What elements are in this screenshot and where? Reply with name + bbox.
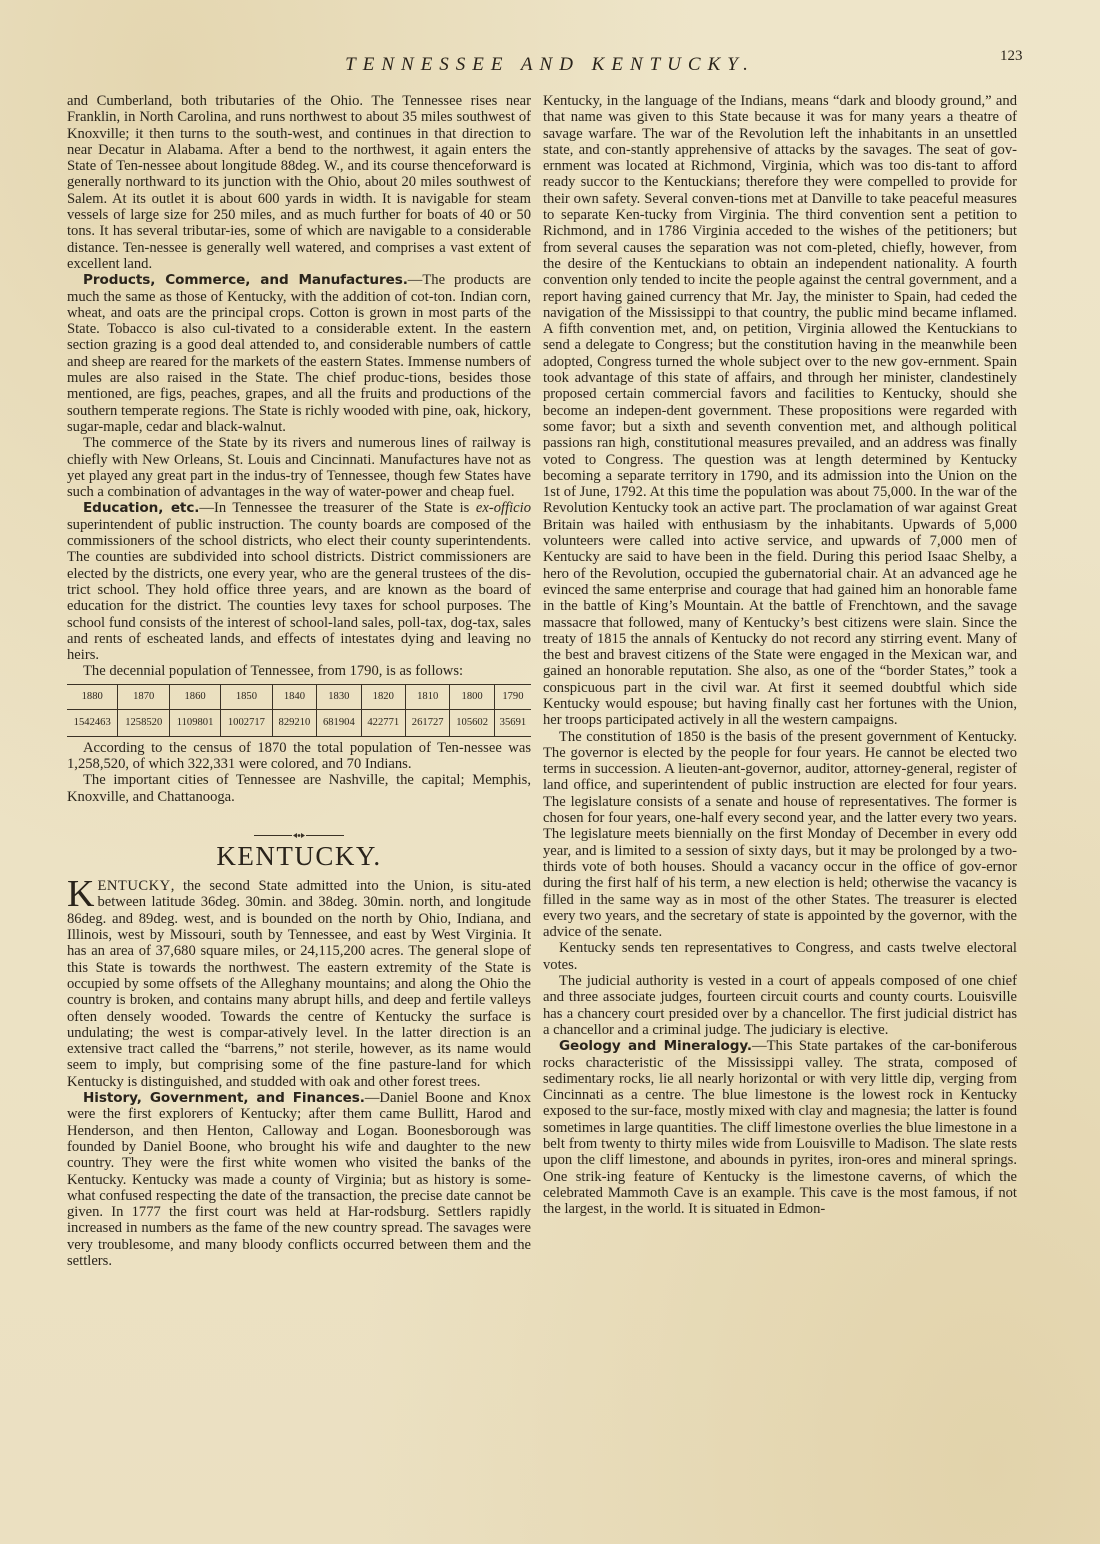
- kentucky-section-title: KENTUCKY.: [67, 848, 531, 864]
- cities-paragraph: The important cities of Tennessee are Na…: [67, 772, 531, 805]
- geology-heading: Geology and Mineralogy.: [559, 1038, 752, 1054]
- commerce-paragraph: The commerce of the State by its rivers …: [67, 435, 531, 500]
- year-cell: 1850: [221, 684, 273, 709]
- products-heading: Products, Commerce, and Manufactures.: [83, 272, 408, 288]
- geology-paragraph: Geology and Mineralogy.—This State parta…: [543, 1038, 1017, 1217]
- year-cell: 1840: [272, 684, 316, 709]
- population-cell: 681904: [317, 709, 361, 736]
- left-column: and Cumberland, both tributaries of the …: [67, 93, 531, 1269]
- year-cell: 1830: [317, 684, 361, 709]
- page-number: 123: [1000, 48, 1023, 65]
- year-cell: 1880: [67, 684, 118, 709]
- population-table-values-row: 1542463 1258520 1109801 1002717 829210 6…: [67, 709, 531, 736]
- year-cell: 1820: [361, 684, 405, 709]
- population-cell: 829210: [272, 709, 316, 736]
- judicial-paragraph: The judicial authority is vested in a co…: [543, 973, 1017, 1038]
- year-cell: 1790: [494, 684, 531, 709]
- year-cell: 1860: [170, 684, 221, 709]
- running-title: TENNESSEE AND KENTUCKY.: [0, 54, 1100, 76]
- population-cell: 1258520: [118, 709, 170, 736]
- year-cell: 1870: [118, 684, 170, 709]
- right-column: Kentucky, in the language of the Indians…: [543, 93, 1017, 1217]
- history-paragraph: History, Government, and Finances.—Danie…: [67, 1090, 531, 1269]
- population-cell: 422771: [361, 709, 405, 736]
- year-cell: 1800: [450, 684, 494, 709]
- kentucky-history-paragraph: Kentucky, in the language of the Indians…: [543, 93, 1017, 729]
- ornament-icon: [292, 832, 306, 839]
- population-cell: 1542463: [67, 709, 118, 736]
- population-cell: 1109801: [170, 709, 221, 736]
- population-table-years-row: 1880 1870 1860 1850 1840 1830 1820 1810 …: [67, 684, 531, 709]
- year-cell: 1810: [405, 684, 449, 709]
- constitution-paragraph: The constitution of 1850 is the basis of…: [543, 729, 1017, 941]
- products-paragraph: Products, Commerce, and Manufactures.—Th…: [67, 272, 531, 435]
- census-paragraph: According to the census of 1870 the tota…: [67, 740, 531, 773]
- document-page: TENNESSEE AND KENTUCKY. 123 and Cumberla…: [0, 0, 1100, 1544]
- ornamental-rule: [254, 831, 344, 840]
- population-cell: 1002717: [221, 709, 273, 736]
- history-text: —Daniel Boone and Knox were the first ex…: [67, 1090, 531, 1269]
- products-text: —The products are much the same as those…: [67, 272, 531, 435]
- population-table: 1880 1870 1860 1850 1840 1830 1820 1810 …: [67, 684, 531, 737]
- education-paragraph: Education, etc.—In Tennessee the treasur…: [67, 500, 531, 663]
- population-intro: The decennial population of Tennessee, f…: [67, 663, 531, 679]
- kentucky-lead: ENTUCKY: [97, 878, 170, 894]
- kentucky-intro-paragraph: KENTUCKY, the second State admitted into…: [67, 878, 531, 1090]
- population-cell: 35691: [494, 709, 531, 736]
- education-italic: ex-officio: [476, 500, 531, 516]
- education-text-a: —In Tennessee the treasurer of the State…: [199, 500, 476, 516]
- history-heading: History, Government, and Finances.: [83, 1090, 365, 1106]
- education-text-b: superintendent of public instruction. Th…: [67, 517, 531, 663]
- geology-text: —This State partakes of the car-bonifero…: [543, 1038, 1017, 1217]
- population-cell: 105602: [450, 709, 494, 736]
- kentucky-intro-text: , the second State admitted into the Uni…: [67, 878, 531, 1090]
- representatives-paragraph: Kentucky sends ten representatives to Co…: [543, 940, 1017, 973]
- drop-cap: K: [67, 879, 94, 909]
- population-cell: 261727: [405, 709, 449, 736]
- education-heading: Education, etc.: [83, 500, 199, 516]
- tennessee-rivers-paragraph: and Cumberland, both tributaries of the …: [67, 93, 531, 272]
